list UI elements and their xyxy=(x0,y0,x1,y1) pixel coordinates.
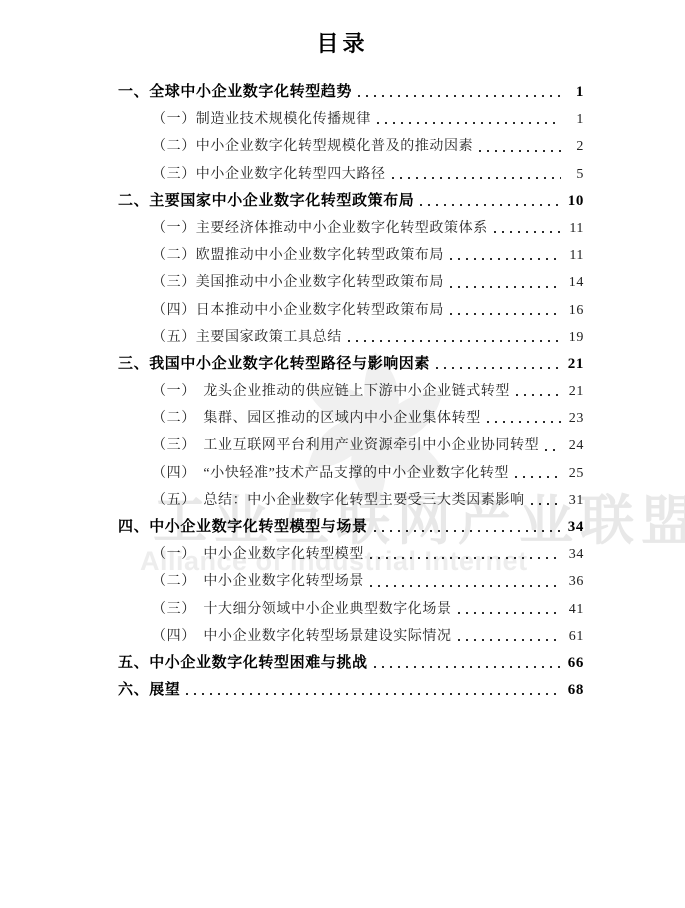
toc-entry-page: 31 xyxy=(566,487,584,514)
dot-leader xyxy=(374,530,561,532)
toc-entry-label: （四） “小快轻准”技术产品支撑的中小企业数字化转型 xyxy=(152,460,509,487)
toc-entry-page: 1 xyxy=(566,106,584,133)
toc-entry[interactable]: （四） 中小企业数字化转型场景建设实际情况61 xyxy=(118,623,584,650)
toc-entry-page: 68 xyxy=(566,677,584,704)
toc-entry-page: 23 xyxy=(566,405,584,432)
toc-entry-label: （一）主要经济体推动中小企业数字化转型政策体系 xyxy=(152,215,488,242)
toc-entry-label: （一） 龙头企业推动的供应链上下游中小企业链式转型 xyxy=(152,378,510,405)
dot-leader xyxy=(515,476,561,478)
toc-entry[interactable]: （五）主要国家政策工具总结19 xyxy=(118,324,584,351)
toc-entry[interactable]: （二） 集群、园区推动的区域内中小企业集体转型23 xyxy=(118,405,584,432)
toc-entry-label: （二） 中小企业数字化转型场景 xyxy=(152,568,364,595)
dot-leader xyxy=(374,666,561,668)
toc-entry[interactable]: （三）中小企业数字化转型四大路径5 xyxy=(118,161,584,188)
toc-entry-label: （二）中小企业数字化转型规模化普及的推动因素 xyxy=(152,133,473,160)
toc-entry[interactable]: （四） “小快轻准”技术产品支撑的中小企业数字化转型25 xyxy=(118,460,584,487)
dot-leader xyxy=(458,639,561,641)
toc-entry-page: 5 xyxy=(566,161,584,188)
dot-leader xyxy=(436,367,561,369)
toc-entry[interactable]: 二、主要国家中小企业数字化转型政策布局10 xyxy=(118,188,584,215)
page-title: 目录 xyxy=(0,27,685,58)
toc-entry-page: 10 xyxy=(566,188,584,215)
toc-entry-page: 41 xyxy=(566,596,584,623)
toc-entry-label: （三）中小企业数字化转型四大路径 xyxy=(152,161,386,188)
toc-entry-page: 11 xyxy=(566,242,584,269)
toc-entry[interactable]: 六、展望68 xyxy=(118,677,584,704)
dot-leader xyxy=(487,421,561,423)
toc-entry[interactable]: （三）美国推动中小企业数字化转型政策布局14 xyxy=(118,269,584,296)
dot-leader xyxy=(450,258,561,260)
dot-leader xyxy=(358,95,561,97)
toc-entry[interactable]: 一、全球中小企业数字化转型趋势1 xyxy=(118,79,584,106)
toc-entry-page: 24 xyxy=(566,432,584,459)
toc-list: 一、全球中小企业数字化转型趋势1（一）制造业技术规模化传播规律1（二）中小企业数… xyxy=(118,79,584,704)
toc-entry[interactable]: （一） 中小企业数字化转型模型34 xyxy=(118,541,584,568)
toc-entry-page: 21 xyxy=(566,378,584,405)
dot-leader xyxy=(479,150,561,152)
toc-entry[interactable]: （三） 十大细分领域中小企业典型数字化场景41 xyxy=(118,596,584,623)
toc-entry-page: 34 xyxy=(566,514,584,541)
dot-leader xyxy=(450,313,561,315)
toc-entry-page: 25 xyxy=(566,460,584,487)
dot-leader xyxy=(348,340,561,342)
toc-entry-label: 三、我国中小企业数字化转型路径与影响因素 xyxy=(118,351,430,378)
toc-entry[interactable]: （五） 总结：中小企业数字化转型主要受三大类因素影响31 xyxy=(118,487,584,514)
toc-entry-label: 六、展望 xyxy=(118,677,180,704)
toc-entry[interactable]: （四）日本推动中小企业数字化转型政策布局16 xyxy=(118,297,584,324)
toc-entry-page: 16 xyxy=(566,297,584,324)
toc-entry-page: 14 xyxy=(566,269,584,296)
toc-entry-label: 一、全球中小企业数字化转型趋势 xyxy=(118,79,352,106)
toc-entry-page: 21 xyxy=(566,351,584,378)
toc-entry[interactable]: 四、中小企业数字化转型模型与场景34 xyxy=(118,514,584,541)
toc-entry[interactable]: （一）主要经济体推动中小企业数字化转型政策体系11 xyxy=(118,215,584,242)
toc-entry-page: 1 xyxy=(566,79,584,106)
dot-leader xyxy=(370,557,561,559)
dot-leader xyxy=(545,449,561,451)
toc-entry[interactable]: 三、我国中小企业数字化转型路径与影响因素21 xyxy=(118,351,584,378)
dot-leader xyxy=(458,612,561,614)
toc-entry[interactable]: （二）欧盟推动中小企业数字化转型政策布局11 xyxy=(118,242,584,269)
toc-entry-label: （一） 中小企业数字化转型模型 xyxy=(152,541,364,568)
dot-leader xyxy=(516,394,561,396)
toc-entry[interactable]: （二）中小企业数字化转型规模化普及的推动因素2 xyxy=(118,133,584,160)
toc-entry-label: （三） 工业互联网平台利用产业资源牵引中小企业协同转型 xyxy=(152,432,539,459)
toc-entry[interactable]: 五、中小企业数字化转型困难与挑战66 xyxy=(118,650,584,677)
dot-leader xyxy=(377,122,561,124)
toc-entry-label: （四）日本推动中小企业数字化转型政策布局 xyxy=(152,297,444,324)
toc-entry-label: （二） 集群、园区推动的区域内中小企业集体转型 xyxy=(152,405,481,432)
toc-entry[interactable]: （一）制造业技术规模化传播规律1 xyxy=(118,106,584,133)
toc-entry-label: （五） 总结：中小企业数字化转型主要受三大类因素影响 xyxy=(152,487,525,514)
toc-entry-label: 二、主要国家中小企业数字化转型政策布局 xyxy=(118,188,414,215)
document-page: 工业互联网产业联盟 Alliance of Industrial Interne… xyxy=(0,0,685,908)
dot-leader xyxy=(392,177,561,179)
toc-entry[interactable]: （一） 龙头企业推动的供应链上下游中小企业链式转型21 xyxy=(118,378,584,405)
toc-entry-label: （二）欧盟推动中小企业数字化转型政策布局 xyxy=(152,242,444,269)
toc-entry-label: （五）主要国家政策工具总结 xyxy=(152,324,342,351)
toc-entry-page: 34 xyxy=(566,541,584,568)
toc-entry-page: 2 xyxy=(566,133,584,160)
toc-entry-page: 36 xyxy=(566,568,584,595)
toc-entry-page: 66 xyxy=(566,650,584,677)
toc-entry-page: 19 xyxy=(566,324,584,351)
toc-entry-page: 61 xyxy=(566,623,584,650)
toc-entry-label: 五、中小企业数字化转型困难与挑战 xyxy=(118,650,368,677)
toc-entry-label: （三）美国推动中小企业数字化转型政策布局 xyxy=(152,269,444,296)
dot-leader xyxy=(450,286,561,288)
toc-entry-label: （三） 十大细分领域中小企业典型数字化场景 xyxy=(152,596,452,623)
toc-entry-label: （一）制造业技术规模化传播规律 xyxy=(152,106,371,133)
toc-entry[interactable]: （三） 工业互联网平台利用产业资源牵引中小企业协同转型24 xyxy=(118,432,584,459)
toc-entry-label: 四、中小企业数字化转型模型与场景 xyxy=(118,514,368,541)
dot-leader xyxy=(420,204,561,206)
dot-leader xyxy=(531,503,561,505)
toc-content: 目录 一、全球中小企业数字化转型趋势1（一）制造业技术规模化传播规律1（二）中小… xyxy=(0,0,685,908)
toc-entry[interactable]: （二） 中小企业数字化转型场景36 xyxy=(118,568,584,595)
toc-entry-page: 11 xyxy=(566,215,584,242)
dot-leader xyxy=(186,693,561,695)
dot-leader xyxy=(370,585,561,587)
dot-leader xyxy=(494,231,561,233)
toc-entry-label: （四） 中小企业数字化转型场景建设实际情况 xyxy=(152,623,452,650)
